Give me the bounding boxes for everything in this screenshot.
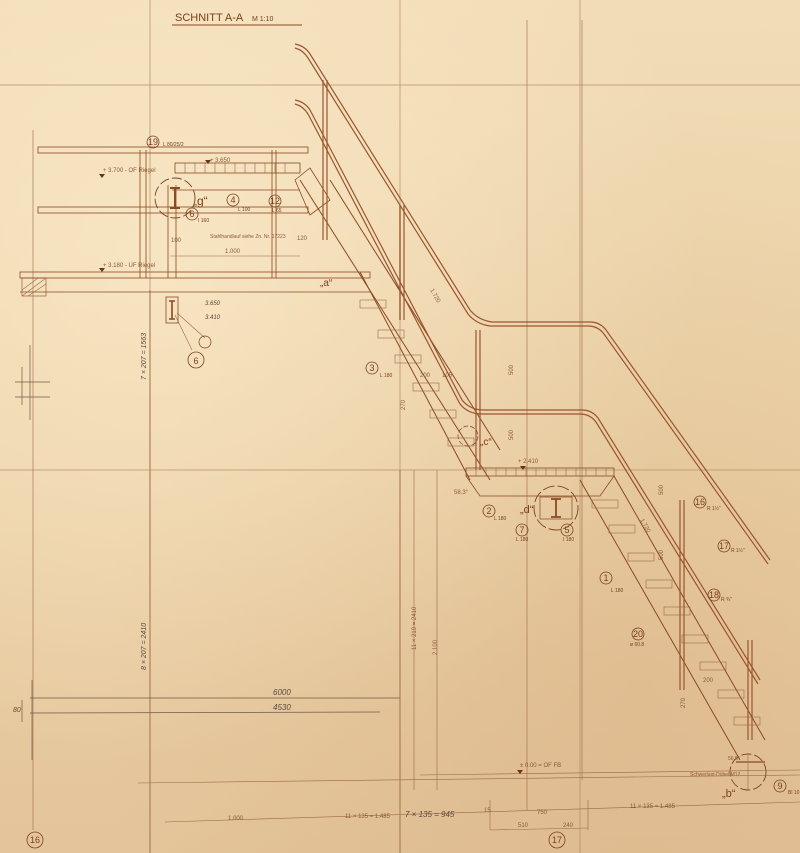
svg-text:2: 2 bbox=[486, 506, 491, 516]
svg-text:17: 17 bbox=[719, 541, 729, 551]
svg-text:+ 3.180 - UF Riegel: + 3.180 - UF Riegel bbox=[103, 263, 155, 269]
vertical-dim-mid-2: 2.100 bbox=[433, 639, 439, 655]
svg-text:L 65: L 65 bbox=[272, 208, 282, 214]
drawing-sheet: SCHNITT A-A M 1:10 „g“ + 3. bbox=[0, 0, 800, 853]
axis-lines bbox=[33, 20, 582, 853]
svg-text:ø 60.8: ø 60.8 bbox=[630, 642, 644, 648]
post-height-3: 500 bbox=[659, 484, 665, 495]
detail-c-circle bbox=[458, 426, 478, 446]
svg-text:R 1½”: R 1½” bbox=[731, 547, 745, 554]
dim-120: 120 bbox=[297, 236, 308, 242]
svg-text:R ¾”: R ¾” bbox=[721, 597, 732, 603]
svg-text:19: 19 bbox=[148, 137, 158, 147]
rise-dim: 270 bbox=[401, 399, 407, 410]
svg-text:4: 4 bbox=[230, 195, 235, 205]
svg-text:6: 6 bbox=[189, 209, 194, 219]
dim-bottom-run1: 11 × 135 = 1.485 bbox=[345, 814, 391, 820]
detail-g-label: „g“ bbox=[193, 194, 208, 208]
detail-d-label: „d“ bbox=[520, 504, 534, 516]
overall-dimensions bbox=[22, 680, 400, 760]
dim-bottom-750: 750 bbox=[537, 810, 548, 816]
svg-text:L 180: L 180 bbox=[494, 516, 507, 522]
part-callouts-lower: 1 L 180 16 R 1½” 17 R 1½” 18 R ¾” 20 ø 6… bbox=[600, 496, 800, 796]
dim-left-edge: 80 bbox=[13, 707, 21, 714]
svg-text:L 180: L 180 bbox=[611, 588, 624, 594]
svg-text:17: 17 bbox=[552, 835, 562, 845]
svg-text:20: 20 bbox=[633, 629, 643, 639]
svg-text:Bl 10: Bl 10 bbox=[788, 790, 800, 796]
dim-1000-upper: 1.000 bbox=[225, 249, 241, 255]
handrail-note: Stahlhandlauf siehe Zn. Nr. 17223 bbox=[210, 234, 286, 240]
svg-text:5: 5 bbox=[564, 525, 569, 535]
floor-line bbox=[420, 770, 800, 775]
diag-dim-1: 1.720 bbox=[428, 288, 441, 305]
svg-text:9: 9 bbox=[777, 781, 782, 791]
svg-text:+ 3.700 - OF Riegel: + 3.700 - OF Riegel bbox=[103, 168, 156, 174]
svg-text:3: 3 bbox=[369, 363, 374, 373]
dim-bottom-510: 510 bbox=[518, 823, 529, 829]
vertical-dim-left-2: 8 × 207 = 2410 bbox=[141, 623, 148, 670]
dim-inner: 4530 bbox=[273, 703, 291, 712]
dim-bottom-240: 240 bbox=[563, 823, 574, 829]
svg-text:L 80/25/2: L 80/25/2 bbox=[163, 142, 184, 148]
nosing-dim: 105 bbox=[442, 373, 453, 379]
svg-text:I 160: I 160 bbox=[198, 218, 209, 224]
part-callout-6-lower: 6 bbox=[188, 352, 204, 368]
svg-text:R 1½”: R 1½” bbox=[707, 505, 721, 512]
anchor-note: Schwerlast-Dübel M12 bbox=[690, 772, 741, 778]
detail-a-label: „a“ bbox=[320, 278, 332, 289]
vertical-dim-left-1: 7 × 207 = 1563 bbox=[141, 333, 148, 380]
svg-text:18: 18 bbox=[709, 590, 719, 600]
dim-bottom-15: 15 bbox=[484, 808, 491, 814]
post-height-2: 500 bbox=[509, 429, 515, 440]
svg-text:7: 7 bbox=[519, 525, 524, 535]
svg-text:1: 1 bbox=[603, 573, 608, 583]
angle-upper: 58.3° bbox=[454, 490, 469, 496]
tread-dim: 200 bbox=[420, 373, 431, 379]
svg-text:6: 6 bbox=[193, 356, 198, 366]
lower-stair-flight bbox=[580, 476, 765, 760]
tread-dim-lower: 200 bbox=[703, 678, 714, 684]
part-callouts-mid: 3 L 180 2 L 180 7 L 180 5 I 180 bbox=[366, 362, 574, 543]
diag-dim-2: 1.720 bbox=[638, 518, 651, 535]
detail-c-label: „c“ bbox=[480, 437, 492, 448]
svg-text:L 180: L 180 bbox=[380, 373, 393, 379]
upper-handrails bbox=[295, 44, 770, 684]
svg-text:16: 16 bbox=[695, 497, 705, 507]
svg-text:12: 12 bbox=[270, 196, 280, 206]
drawing-scale: M 1:10 bbox=[252, 16, 274, 23]
floor-level-label: ± 0.00 = OF FB bbox=[520, 763, 561, 769]
dim-bottom-run2: 7 × 135 = 945 bbox=[405, 810, 455, 819]
stair-section-drawing: SCHNITT A-A M 1:10 „g“ + 3. bbox=[0, 0, 800, 853]
dim-100: 100 bbox=[171, 238, 182, 244]
level-small-2: 3.410 bbox=[205, 315, 221, 321]
post-height-4: 500 bbox=[659, 549, 665, 560]
drawing-title: SCHNITT A-A bbox=[175, 12, 244, 24]
dim-bottom-1000: 1.000 bbox=[228, 816, 244, 822]
dim-overall: 6000 bbox=[273, 688, 291, 697]
angle-lower: 56.5° bbox=[728, 756, 740, 762]
svg-text:L 100: L 100 bbox=[238, 207, 251, 213]
i-beam-5-symbol bbox=[551, 499, 561, 517]
detail-b-label: „b“ bbox=[722, 788, 736, 800]
dim-bottom-run3: 11 × 135 = 1.485 bbox=[630, 804, 676, 810]
svg-text:I 180: I 180 bbox=[563, 537, 574, 543]
axis-markers: 16 17 bbox=[27, 832, 565, 848]
svg-text:+ 2.410: + 2.410 bbox=[518, 459, 539, 465]
svg-text:L 180: L 180 bbox=[516, 537, 529, 543]
svg-text:+ 3.650: + 3.650 bbox=[210, 158, 231, 164]
svg-text:16: 16 bbox=[30, 835, 40, 845]
vertical-dim-mid-1: 11 × 219 = 2410 bbox=[412, 606, 418, 650]
i-beam-symbol bbox=[170, 188, 180, 208]
level-small-1: 3.650 bbox=[205, 301, 221, 307]
post-height-1: 500 bbox=[509, 364, 515, 375]
left-detail bbox=[15, 345, 50, 420]
rise-dim-lower: 270 bbox=[681, 697, 687, 708]
